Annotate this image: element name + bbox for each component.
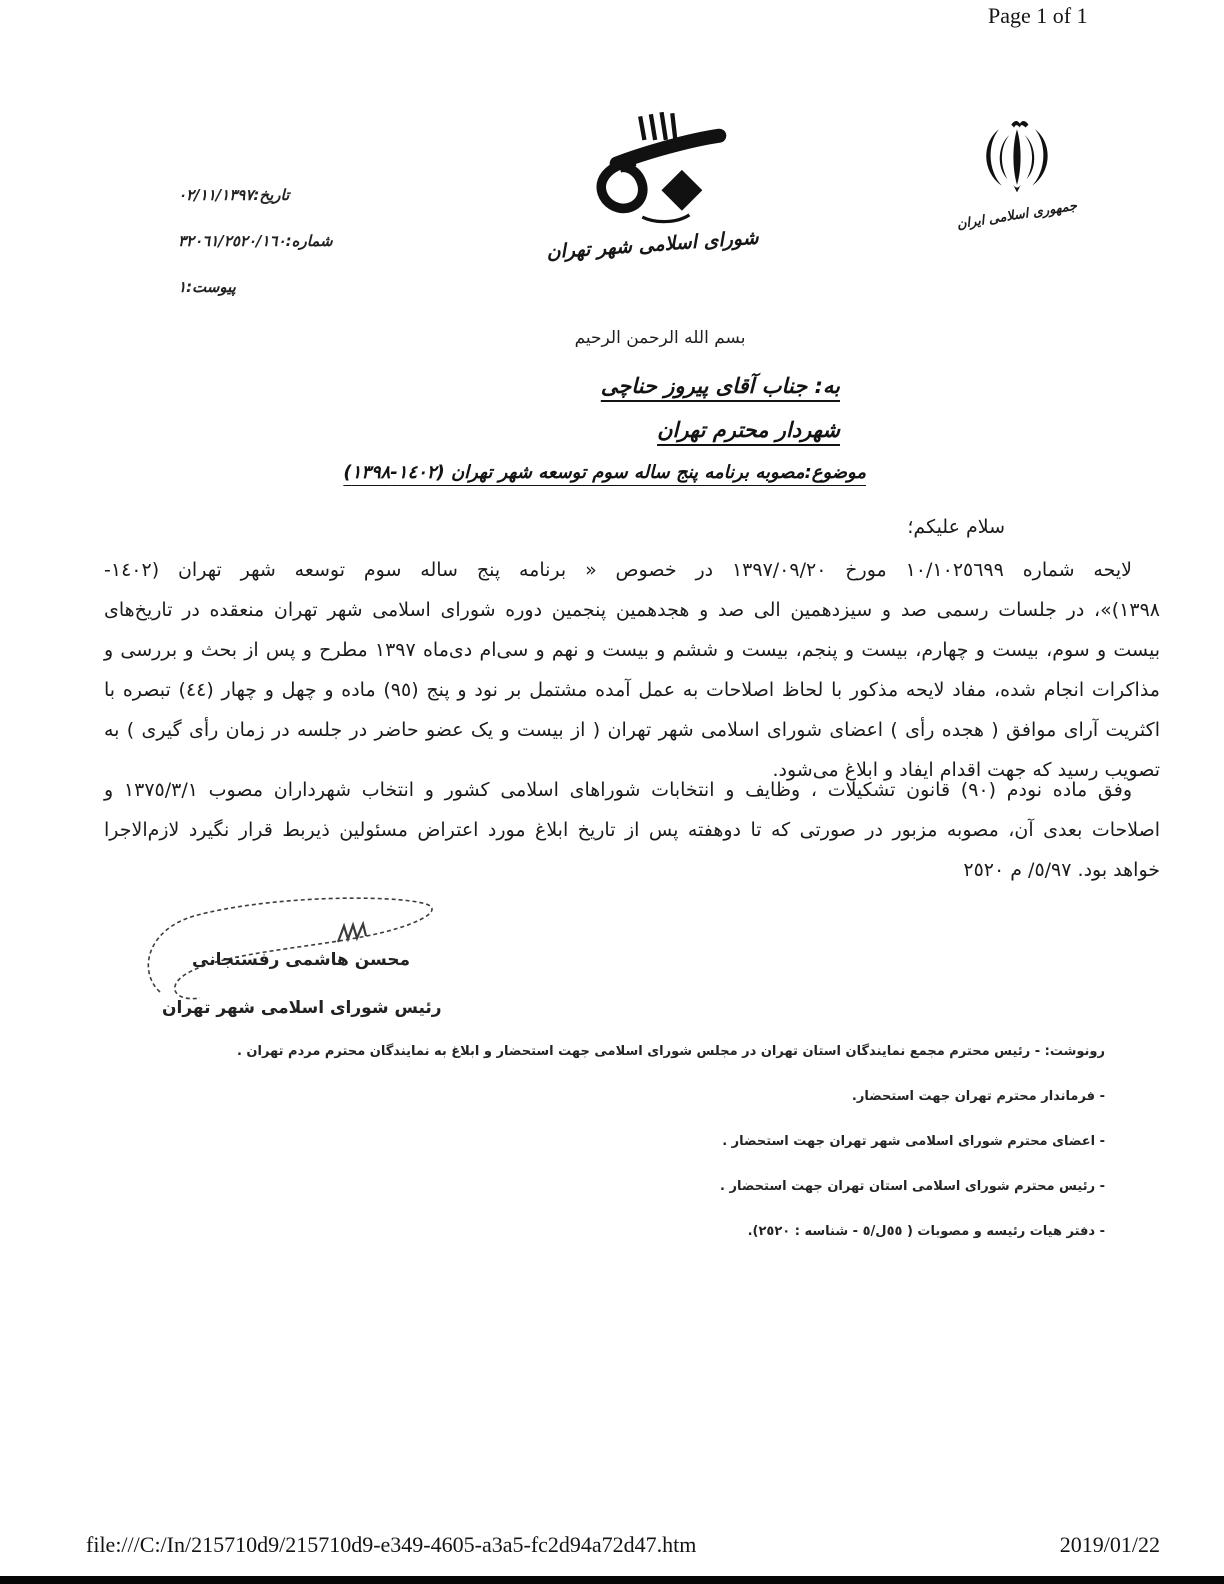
body-line: ١٣٩٨)»، در جلسات رسمی صد و سیزدهمین الی … bbox=[104, 590, 1160, 630]
council-logo-icon bbox=[578, 110, 728, 232]
body-line: مذاکرات انجام شده، مفاد لایحه مذکور با ل… bbox=[104, 670, 1160, 710]
addressee-name: به: جناب آقای پیروز حناچی bbox=[601, 374, 840, 398]
signer-name: محسن هاشمی رفسنجانی bbox=[192, 950, 410, 970]
cc-item: - فرماندار محترم تهران جهت استحضار. bbox=[340, 1087, 1105, 1106]
cc-item: - دفتر هیات رئیسه و مصوبات ( ٥٥ل/٥ - شنا… bbox=[340, 1222, 1105, 1241]
letter-date: تاریخ:٠٢/١١/١٣٩٧ bbox=[178, 186, 346, 204]
body-line: بیست و سوم، بیست و چهارم، بیست و پنجم، ب… bbox=[104, 630, 1160, 670]
body-line: اکثریت آرای موافق ( هجده رأی ) اعضای شور… bbox=[104, 710, 1160, 750]
body-line: وفق ماده نودم (٩٠) قانون تشکیلات ، وظایف… bbox=[104, 770, 1160, 810]
cc-list: رونوشت: - رئیس محترم مجمع نمایندگان استا… bbox=[340, 1042, 1105, 1267]
cc-item: رونوشت: - رئیس محترم مجمع نمایندگان استا… bbox=[340, 1042, 1105, 1061]
subject-line: موضوع:مصوبه برنامه پنج ساله سوم توسعه شه… bbox=[343, 462, 866, 483]
body-paragraph-2: وفق ماده نودم (٩٠) قانون تشکیلات ، وظایف… bbox=[104, 770, 1160, 890]
scanned-letter-page: Page 1 of 1 تاریخ:٠٢/١١/١٣٩٧ شماره:٣٢٠٦١… bbox=[0, 0, 1224, 1584]
letter-number: شماره:٣٢٠٦١/٢٥٢٠/١٦٠ bbox=[178, 232, 346, 250]
body-line: لایحه شماره ١٠/١٠٢٥٦٩٩ مورخ ١٣٩٧/٠٩/٢٠ د… bbox=[104, 550, 1160, 590]
addressee-title: شهردار محترم تهران bbox=[657, 418, 840, 442]
file-url: file:///C:/In/215710d9/215710d9-e349-460… bbox=[86, 1532, 696, 1558]
body-line: اصلاحات بعدی آن، مصوبه مزبور در صورتی که… bbox=[104, 810, 1160, 850]
signer-title: رئیس شورای اسلامی شهر تهران bbox=[162, 998, 442, 1018]
print-date: 2019/01/22 bbox=[1060, 1532, 1160, 1558]
print-page-number: Page 1 of 1 bbox=[988, 3, 1168, 29]
letter-attachment: پیوست:١ bbox=[178, 278, 346, 296]
letter-meta-block: تاریخ:٠٢/١١/١٣٩٧ شماره:٣٢٠٦١/٢٥٢٠/١٦٠ پی… bbox=[178, 186, 346, 324]
iran-emblem: جمهوری اسلامی ایران bbox=[942, 116, 1092, 223]
body-paragraph-1: لایحه شماره ١٠/١٠٢٥٦٩٩ مورخ ١٣٩٧/٠٩/٢٠ د… bbox=[104, 550, 1160, 790]
signature-block: محسن هاشمی رفسنجانی رئیس شورای اسلامی شه… bbox=[130, 894, 460, 1044]
salutation: سلام علیکم؛ bbox=[907, 516, 1005, 538]
cc-item: - اعضای محترم شورای اسلامی شهر تهران جهت… bbox=[340, 1132, 1105, 1151]
cc-item: - رئیس محترم شورای اسلامی استان تهران جه… bbox=[340, 1177, 1105, 1196]
iran-coat-of-arms-icon bbox=[969, 116, 1065, 200]
scan-edge-artifact bbox=[0, 1576, 1224, 1584]
body-line: خواهد بود. ٥/٩٧/ م ٢٥٢٠ bbox=[104, 850, 1160, 890]
iran-emblem-caption: جمهوری اسلامی ایران bbox=[942, 196, 1092, 234]
print-footer: file:///C:/In/215710d9/215710d9-e349-460… bbox=[86, 1532, 1160, 1558]
bismillah: بسم الله الرحمن الرحیم bbox=[480, 328, 840, 348]
council-logo: شورای اسلامی شهر تهران bbox=[540, 110, 765, 256]
